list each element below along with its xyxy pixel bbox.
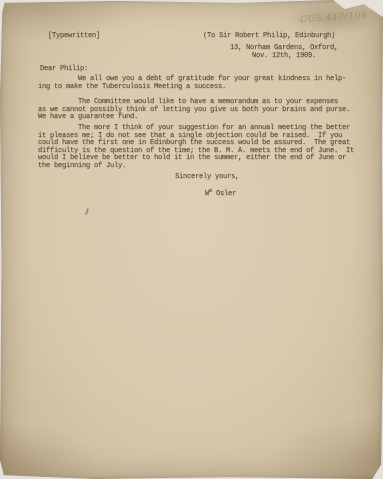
paragraph-expenses: The Committee would like to have a memor… [38,99,350,122]
catalog-mark-handwritten: CUS 417/108 [300,11,368,26]
address-date-block: 13, Norham Gardens, Oxford, Nov. 12th, 1… [226,45,342,60]
scanned-letter: CUS 417/108 [Typewritten] (To Sir Robert… [0,0,383,479]
typewritten-label: [Typewritten] [48,33,100,41]
paragraph-annual-meeting: The more I think of your suggestion for … [38,125,354,170]
closing-line: Sincerely yours, [175,174,239,182]
signature: Wm Osler [205,188,236,199]
salutation: Dear Philip: [40,66,88,74]
stray-pencil-mark [85,208,89,215]
paragraph-gratitude: We all owe you a debt of gratitude for y… [38,76,346,91]
recipient-annotation: (To Sir Robert Philip, Edinburgh) [203,33,335,41]
signature-surname: Osler [212,190,236,198]
paper-sheet: CUS 417/108 [Typewritten] (To Sir Robert… [0,0,383,479]
